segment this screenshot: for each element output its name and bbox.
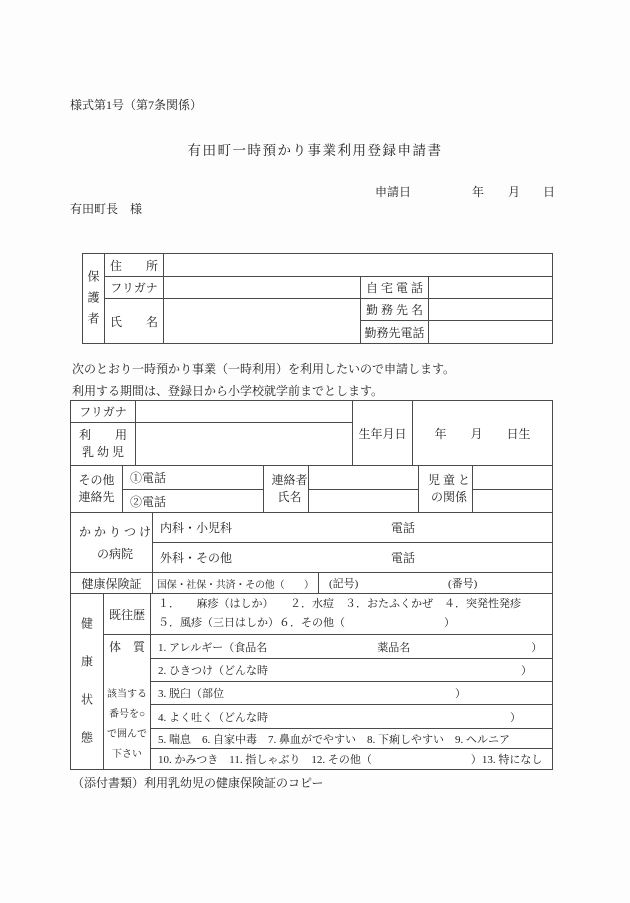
home-phone-label: 自 宅 電 話 <box>361 277 429 298</box>
health-item-allergy[interactable]: 1. アレルギー（食品名 薬品名 ） <box>151 635 552 659</box>
relation1-input[interactable] <box>473 466 552 490</box>
relation-label-line2: の関係 <box>431 489 467 506</box>
guardian-address-label: 住 所 <box>105 254 164 276</box>
contact-name-label-line1: 連絡者 <box>271 472 307 489</box>
contact-name2-input[interactable] <box>309 490 418 512</box>
history-options[interactable]: １． 麻疹（はしか） ２．水痘 ３．おたふくかぜ ４．突発性発疹 ５．風疹（三日… <box>151 594 552 635</box>
guardian-group-label: 保護者 <box>83 254 105 343</box>
contacts-group-label-line1: その他 <box>78 472 114 489</box>
form-number: 様式第1号（第7条関係） <box>70 96 202 113</box>
constitution-label: 体 質 <box>104 638 150 655</box>
work-phone-input[interactable] <box>429 321 552 343</box>
history-line2: ５．風疹（三日はしか）６．その他（ ） <box>158 614 455 633</box>
child-name-input[interactable] <box>136 423 352 465</box>
work-name-label: 勤 務 先 名 <box>361 299 429 320</box>
addressee: 有田町長 様 <box>70 200 142 217</box>
health-item-vomiting[interactable]: 4. よく吐く（どんな時 ） <box>151 705 552 729</box>
history-line1: １． 麻疹（はしか） ２．水痘 ３．おたふくかぜ ４．突発性発疹 <box>158 595 521 614</box>
child-group-label-line2: 乳 幼 児 <box>82 444 124 461</box>
doctor-surgical-input[interactable]: 外科・その他 電話 <box>153 543 552 572</box>
doctor-internal-phone-label: 電話 <box>391 519 415 536</box>
child-furigana-label: フリガナ <box>71 401 135 423</box>
contact-name1-input[interactable] <box>309 466 418 490</box>
doctor-surgical-phone-label: 電話 <box>391 549 415 566</box>
health-group-label: 健康状態 <box>71 594 104 769</box>
insurance-symbol-label: (記号) <box>329 575 358 591</box>
guardian-table: 保護者 住 所 フリガナ 自 宅 電 話 氏 名 勤 務 先 名 <box>82 253 553 344</box>
guardian-name-label: 氏 名 <box>105 299 164 343</box>
guardian-furigana-label: フリガナ <box>105 277 164 298</box>
health-item-convulsions[interactable]: 2. ひきつけ（どんな時 ） <box>151 659 552 682</box>
form-page: 様式第1号（第7条関係） 有田町一時預かり事業利用登録申請書 申請日 年 月 日… <box>0 0 630 903</box>
doctor-internal-input[interactable]: 内科・小児科 電話 <box>153 513 552 543</box>
family-doctor-section: か か り つ け の病院 内科・小児科 電話 外科・その他 電話 <box>71 513 552 573</box>
page-title: 有田町一時預かり事業利用登録申請書 <box>0 139 630 159</box>
contact-phone2-input[interactable]: ②電話 <box>123 490 263 512</box>
intro-line-2: 利用する期間は、登録日から小学校就学前までとします。 <box>72 382 383 399</box>
application-date-label: 申請日 <box>375 183 411 200</box>
contact-name-label-line2: 氏名 <box>277 489 301 506</box>
child-table: フリガナ 利 用 乳 幼 児 生年月日 年 月 日生 その他 連絡先 ①電話 <box>70 400 553 770</box>
insurance-number-label: (番号) <box>448 575 477 591</box>
work-name-input[interactable] <box>429 299 552 320</box>
guardian-name-input[interactable] <box>164 299 361 343</box>
child-identity-section: フリガナ 利 用 乳 幼 児 生年月日 年 月 日生 <box>71 401 552 466</box>
child-group-label-line1: 利 用 <box>79 427 127 444</box>
guardian-furigana-input[interactable] <box>164 277 361 298</box>
other-contacts-section: その他 連絡先 ①電話 ②電話 連絡者 氏名 児 童 と の関係 <box>71 466 552 513</box>
insurance-number-input[interactable]: (記号) (番号) <box>319 573 552 593</box>
child-furigana-input[interactable] <box>136 401 352 423</box>
health-item-biting-etc[interactable]: 10. かみつき 11. 指しゃぶり 12. その他（ ）13. 特になし <box>151 749 552 769</box>
circle-note: 該当する 番号を○ で囲んで 下さい <box>104 685 150 765</box>
application-date-year-label: 年 <box>472 183 484 200</box>
insurance-label: 健康保険証 <box>71 573 153 593</box>
birthdate-input[interactable]: 年 月 日生 <box>413 401 552 465</box>
history-label: 既往歴 <box>104 594 150 635</box>
relation-label-line1: 児 童 と <box>428 472 470 489</box>
application-date-month-label: 月 <box>508 183 520 200</box>
work-phone-label: 勤務先電話 <box>361 321 429 343</box>
guardian-address-input[interactable] <box>164 254 552 276</box>
contact-phone1-input[interactable]: ①電話 <box>123 466 263 490</box>
contacts-group-label-line2: 連絡先 <box>78 489 114 506</box>
doctor-group-label-line2: の病院 <box>97 543 133 565</box>
doctor-surgical-label: 外科・その他 <box>160 549 232 566</box>
insurance-section: 健康保険証 国保・社保・共済・その他（ ） (記号) (番号) <box>71 573 552 594</box>
home-phone-input[interactable] <box>429 277 552 298</box>
relation2-input[interactable] <box>473 490 552 512</box>
intro-line-1: 次のとおり一時預かり事業（一時利用）を利用したいので申請します。 <box>72 360 455 377</box>
health-item-dislocation[interactable]: 3. 脱臼（部位 ） <box>151 682 552 705</box>
doctor-group-label-line1: か か り つ け <box>79 521 151 543</box>
health-section: 健康状態 既往歴 体 質 該当する 番号を○ で囲んで 下さい １． 麻疹（はし… <box>71 594 552 769</box>
birthdate-label: 生年月日 <box>353 401 413 465</box>
health-item-asthma-etc[interactable]: 5. 喘息 6. 自家中毒 7. 鼻血がでやすい 8. 下痢しやすい 9. ヘル… <box>151 729 552 749</box>
doctor-internal-label: 内科・小児科 <box>160 519 232 536</box>
application-date-day-label: 日 <box>543 183 555 200</box>
attachment-note: （添付書類）利用乳幼児の健康保険証のコピー <box>72 774 324 791</box>
insurance-type-input[interactable]: 国保・社保・共済・その他（ ） <box>153 573 319 593</box>
